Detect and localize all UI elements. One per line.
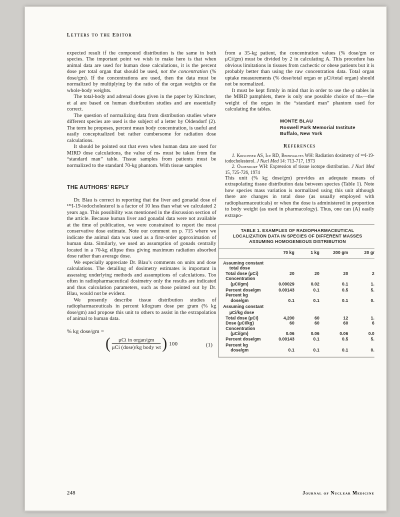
cell: 5.0: [351, 337, 375, 342]
paragraph: from a 35-kg patient, the concentration …: [225, 50, 374, 88]
open-paren: (: [106, 337, 111, 350]
table-column-header: 70 kg: [269, 251, 297, 256]
cell: 60: [297, 321, 322, 326]
page-footer: 248 Journal of Nuclear Medicine: [67, 489, 375, 495]
right-column: from a 35-kg patient, the concentration …: [225, 50, 374, 511]
cell: 20: [269, 272, 297, 277]
paragraph-emphasis: not the concentration: [161, 69, 208, 75]
running-head: Letters to the Editor: [67, 32, 375, 38]
section-heading-authors-reply: THE AUTHORS’ REPLY: [67, 184, 216, 190]
table-header-row: 70 kg 1 kg 200 gm 20 gm: [219, 250, 375, 257]
close-paren: ): [162, 337, 167, 350]
reference-journal: J Nucl Med: [351, 164, 374, 170]
signature-location: Buffalo, New York: [280, 131, 374, 137]
fraction: μCi in organ/gm μCi (dose)/kg body wt: [112, 336, 161, 350]
paragraph: The question of normalizing data from di…: [67, 113, 216, 144]
paragraph: The total-body and adrenal doses given i…: [67, 94, 216, 113]
page-content: Letters to the Editor expected result if…: [67, 32, 375, 511]
cell: 0.1: [297, 299, 322, 304]
paragraph: We presently describe tissue distributio…: [67, 297, 216, 322]
row-label: Concentration (μCi/gm): [222, 277, 270, 288]
cell: 20: [297, 272, 322, 277]
signature-block: MONTE BLAU Roswell Park Memorial Institu…: [280, 118, 374, 137]
left-column: expected result if the compound distribu…: [67, 50, 216, 511]
cell: 0.1: [322, 299, 351, 304]
journal-page: Letters to the Editor expected result if…: [24, 6, 387, 511]
equation-factor: 100: [169, 340, 178, 346]
equation-number: (1): [206, 341, 213, 347]
reference-item: 2. Oldendorf WH: Expression of tissue is…: [225, 164, 374, 175]
cell: 0.1: [269, 299, 297, 304]
table-section-label: Assuming constant μCi/kg dose: [219, 304, 375, 316]
two-column-layout: expected result if the compound distribu…: [67, 50, 375, 511]
table-title: TABLE 1. EXAMPLES OF RADIOPHARMACEUTICAL…: [219, 225, 375, 247]
table-column-header: 20 gm: [351, 251, 375, 256]
table-column-header: 1 kg: [297, 251, 322, 256]
table-row: Concentration (μCi/gm) 0.06 0.06 0.06 0.…: [219, 327, 375, 338]
table-row: Percent kg dose/gm 0.1 0.1 0.1 0.1: [219, 293, 375, 304]
paragraph: Dr. Blau is correct in reporting that th…: [67, 197, 216, 260]
page-number: 248: [67, 489, 75, 495]
row-label: Concentration (μCi/gm): [222, 327, 270, 338]
table-row: Concentration (μCi/gm) 0.00029 0.02 0.1 …: [219, 277, 375, 288]
cell: 20: [351, 272, 375, 277]
cell: 0.00143: [269, 288, 297, 293]
cell: 0.5: [322, 288, 351, 293]
cell: 0.5: [322, 337, 351, 342]
row-label: Percent kg dose/gm: [222, 293, 270, 304]
equation-fraction-row: ( μCi in organ/gm μCi (dose)/kg body wt …: [67, 336, 216, 350]
table-1: TABLE 1. EXAMPLES OF RADIOPHARMACEUTICAL…: [218, 224, 374, 357]
table-column-header: 200 gm: [322, 251, 351, 256]
cell: 60: [322, 321, 351, 326]
equation-1: % kg dose/gm = ( μCi in organ/gm μCi (do…: [67, 328, 216, 351]
cell: 0.1: [297, 288, 322, 293]
table-section-label: Assuming constant total dose: [219, 260, 375, 272]
scan-area: Letters to the Editor expected result if…: [0, 0, 400, 517]
table-rule: [219, 248, 375, 249]
row-label-line2: dose/gm: [226, 299, 270, 304]
paragraph: expected result if the compound distribu…: [67, 50, 216, 94]
fraction-denominator: μCi (dose)/kg body wt: [112, 343, 161, 351]
journal-name: Journal of Nuclear Medicine: [303, 490, 375, 496]
cell: 0.1: [351, 299, 375, 304]
cell: 0.1: [297, 337, 322, 342]
cell: 0.1: [297, 348, 322, 353]
paragraph: It should be pointed out that even when …: [67, 144, 216, 169]
reference-item: 1. Kirschner AS, Ice RD, Beierwaltes WH:…: [225, 153, 374, 164]
cell: 5.0: [351, 288, 375, 293]
cell: 60: [269, 321, 297, 326]
row-label: Percent kg dose/gm: [222, 343, 270, 354]
cell: 0.1: [322, 348, 351, 353]
table-bottom-space: [219, 354, 375, 357]
cell: 0.1: [351, 348, 375, 353]
reference-title: Expression of tissue isotope distributio…: [270, 164, 351, 170]
cell: 0.1: [269, 348, 297, 353]
equation-lhs: % kg dose/gm =: [67, 328, 216, 334]
table-rule: [219, 258, 375, 259]
cell: 20: [322, 272, 351, 277]
row-label-line2: dose/gm: [226, 348, 270, 353]
references-heading: References: [225, 143, 374, 149]
table-row: Percent kg dose/gm 0.1 0.1 0.1 0.1: [219, 343, 375, 354]
paragraph: This unit (% kg dose/gm) provides an ade…: [225, 175, 374, 219]
paragraph: We especially appreciate Dr. Blau’s comm…: [67, 259, 216, 297]
fraction-numerator: μCi in organ/gm: [112, 336, 161, 343]
cell: 0.00143: [269, 337, 297, 342]
paragraph: It must be kept firmly in mind that in o…: [225, 88, 374, 113]
cell: 60: [351, 321, 375, 326]
